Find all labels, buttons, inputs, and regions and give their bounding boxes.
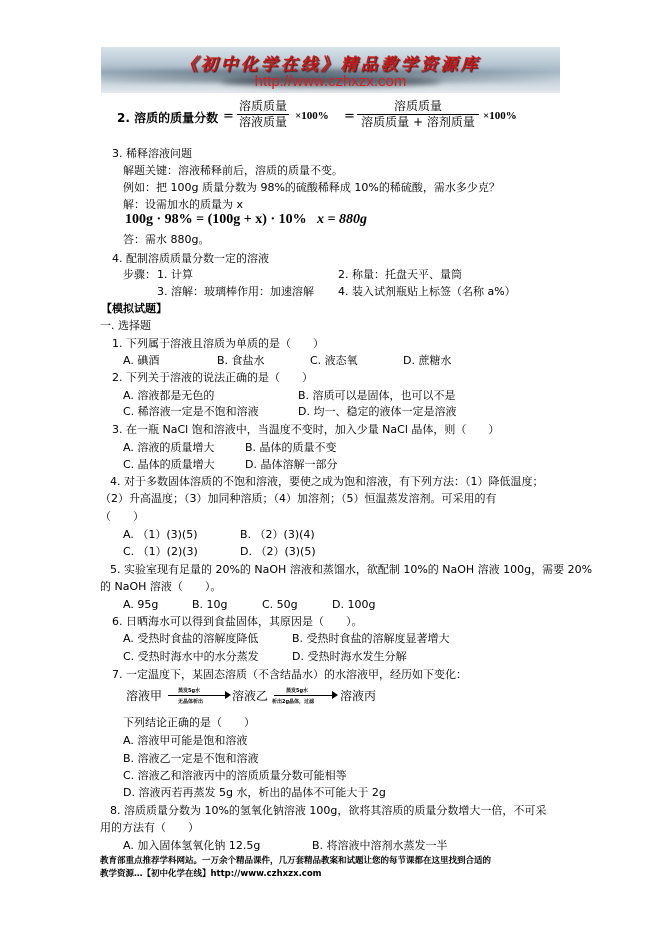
section-4-step-3: 3. 溶解：玻璃棒作用：加速溶解 bbox=[157, 285, 314, 299]
question-3-option-a[interactable]: A. 溶液的质量增大 bbox=[123, 441, 214, 455]
question-5-stem-line-1: 5. 实验室现有足量的 20%的 NaOH 溶液和蒸馏水，欲配制 10%的 Na… bbox=[110, 563, 592, 577]
section-3-equation: 100g · 98% = (100g + x) · 10% bbox=[125, 212, 307, 228]
question-6-option-a[interactable]: A. 受热时食盐的溶解度降低 bbox=[123, 632, 258, 646]
section-3-example: 例如：把 100g 质量分数为 98%的硫酸稀释成 10%的稀硫酸，需水多少克？ bbox=[123, 181, 500, 195]
question-5-option-d[interactable]: D. 100g bbox=[332, 598, 375, 612]
section-4-step-1: 1. 计算 bbox=[157, 268, 193, 282]
flow-solution-yi: 溶液乙 bbox=[232, 689, 268, 703]
flow-arrow-1-head-icon bbox=[225, 691, 231, 699]
question-4-stem-line-3: （ ） bbox=[100, 510, 144, 524]
question-4-stem-line-2: （2）升高温度；（3）加同种溶质；（4）加溶剂；（5）恒温蒸发溶剂。可采用的有 bbox=[100, 492, 497, 506]
question-3-option-c[interactable]: C. 晶体的质量增大 bbox=[123, 458, 215, 472]
question-7-sub-stem: 下列结论正确的是（ ） bbox=[123, 716, 255, 730]
section-4-step-4: 4. 装入试剂瓶贴上标签（名称 a%） bbox=[338, 285, 516, 299]
question-2-option-d[interactable]: D. 均一、稳定的液体一定是溶液 bbox=[298, 405, 456, 419]
question-1-option-b[interactable]: B. 食盐水 bbox=[217, 354, 265, 368]
mock-test-heading: 【模拟试题】 bbox=[101, 302, 167, 316]
question-8-stem-line-2: 用的方法有（ ） bbox=[100, 821, 199, 835]
question-4-option-d[interactable]: D. （2）(3)(5) bbox=[240, 545, 316, 559]
formula-fraction-2: 溶质质量 溶质质量 + 溶剂质量 bbox=[357, 99, 479, 130]
question-4-option-b[interactable]: B. （2）(3)(4) bbox=[240, 528, 315, 542]
banner-url[interactable]: http://www.czhxzx.com bbox=[101, 73, 560, 90]
section-3-heading: 3. 稀释溶液问题 bbox=[112, 147, 192, 161]
question-2-option-a[interactable]: A. 溶液都是无色的 bbox=[123, 389, 214, 403]
question-7-stem: 7. 一定温度下，某固态溶质（不含结晶水）的水溶液甲，经历如下变化： bbox=[112, 668, 467, 682]
formula-times-1: ×100% bbox=[295, 110, 329, 122]
fraction-2-denominator: 溶质质量 + 溶剂质量 bbox=[357, 114, 479, 130]
section-4-heading: 4. 配制溶质质量分数一定的溶液 bbox=[112, 252, 269, 266]
flow-arrow-2-head-icon bbox=[332, 691, 338, 699]
flow-solution-bing: 溶液丙 bbox=[340, 689, 376, 703]
question-5-stem-line-2: 的 NaOH 溶液（ ）。 bbox=[100, 580, 221, 594]
question-1-option-d[interactable]: D. 蔗糖水 bbox=[403, 354, 451, 368]
formula-times-2: ×100% bbox=[483, 110, 517, 122]
footer-line-2[interactable]: 教学资源…【初中化学在线】http://www.czhxzx.com bbox=[100, 869, 322, 880]
formula-equals-2: = bbox=[344, 110, 355, 124]
question-8-option-a[interactable]: A. 加入固体氢氧化钠 12.5g bbox=[123, 839, 260, 853]
question-7-option-d[interactable]: D. 溶液丙若再蒸发 5g 水，析出的晶体不可能大于 2g bbox=[123, 786, 386, 800]
section-3-solution: 解：设需加水的质量为 x bbox=[123, 198, 243, 212]
fraction-1-numerator: 溶质质量 bbox=[237, 99, 289, 114]
question-1-option-c[interactable]: C. 液态氧 bbox=[310, 354, 358, 368]
section-3-answer: 答：需水 880g。 bbox=[123, 233, 209, 247]
fraction-2-numerator: 溶质质量 bbox=[357, 99, 479, 114]
part-1-heading: 一. 选择题 bbox=[100, 319, 151, 333]
question-7-option-b[interactable]: B. 溶液乙一定是不饱和溶液 bbox=[123, 752, 259, 766]
question-3-option-b[interactable]: B. 晶体的质量不变 bbox=[245, 441, 337, 455]
question-4-option-c[interactable]: C. （1）(2)(3) bbox=[123, 545, 198, 559]
fraction-1-denominator: 溶液质量 bbox=[237, 114, 289, 130]
question-4-stem-line-1: 4. 对于多数固体溶质的不饱和溶液，要使之成为饱和溶液，有下列方法：（1）降低温… bbox=[110, 475, 544, 489]
question-2-option-b[interactable]: B. 溶质可以是固体，也可以不是 bbox=[298, 389, 456, 403]
question-8-option-b[interactable]: B. 将溶液中溶剂水蒸发一半 bbox=[312, 839, 448, 853]
question-6-option-c[interactable]: C. 受热时海水中的水分蒸发 bbox=[123, 650, 259, 664]
header-banner: 《初中化学在线》精品教学资源库 http://www.czhxzx.com bbox=[101, 47, 560, 93]
question-7-option-c[interactable]: C. 溶液乙和溶液丙中的溶质质量分数可能相等 bbox=[123, 769, 347, 783]
question-5-option-b[interactable]: B. 10g bbox=[192, 598, 228, 612]
question-1-stem: 1. 下列属于溶液且溶质为单质的是（ ） bbox=[112, 337, 324, 351]
section-4-step-2: 2. 称量：托盘天平、量筒 bbox=[338, 268, 462, 282]
flow-arrow-1-top: 蒸发5g水 bbox=[178, 688, 200, 694]
question-2-stem: 2. 下列关于溶液的说法正确的是（ ） bbox=[112, 371, 313, 385]
question-6-option-d[interactable]: D. 受热时海水发生分解 bbox=[292, 650, 406, 664]
flow-arrow-2-line bbox=[274, 695, 333, 696]
flow-arrow-2-top: 蒸发5g水 bbox=[286, 688, 308, 694]
flow-arrow-1-bottom: 无晶体析出 bbox=[178, 699, 203, 705]
question-3-option-d[interactable]: D. 晶体溶解一部分 bbox=[245, 458, 337, 472]
banner-title: 《初中化学在线》精品教学资源库 bbox=[101, 50, 560, 75]
section-3-key: 解题关键：溶液稀释前后，溶质的质量不变。 bbox=[123, 164, 343, 178]
formula-fraction-1: 溶质质量 溶液质量 bbox=[237, 99, 289, 130]
formula-equals-1: = bbox=[223, 110, 234, 124]
question-1-option-a[interactable]: A. 碘酒 bbox=[123, 354, 159, 368]
flow-solution-jia: 溶液甲 bbox=[126, 689, 162, 703]
question-8-stem-line-1: 8. 溶质质量分数为 10%的氢氧化钠溶液 100g，欲将其溶质的质量分数增大一… bbox=[110, 804, 546, 818]
formula-label: 2. 溶质的质量分数 bbox=[117, 111, 218, 125]
section-3-result: x = 880g bbox=[317, 212, 367, 228]
footer-line-1: 教育部重点推荐学科网站。一万余个精品课件，几万套精品教案和试题让您的每节课都在这… bbox=[100, 856, 491, 867]
question-7-option-a[interactable]: A. 溶液甲可能是饱和溶液 bbox=[123, 734, 247, 748]
flow-arrow-1-line bbox=[168, 695, 226, 696]
question-5-option-c[interactable]: C. 50g bbox=[262, 598, 298, 612]
question-2-option-c[interactable]: C. 稀溶液一定是不饱和溶液 bbox=[123, 405, 259, 419]
question-3-stem: 3. 在一瓶 NaCl 饱和溶液中，当温度不变时，加入少量 NaCl 晶体，则（… bbox=[112, 423, 499, 437]
question-6-option-b[interactable]: B. 受热时食盐的溶解度显著增大 bbox=[292, 632, 450, 646]
section-4-steps-label: 步骤： bbox=[123, 268, 156, 282]
question-5-option-a[interactable]: A. 95g bbox=[123, 598, 158, 612]
flow-arrow-2-bottom: 析出2g晶体，过滤 bbox=[272, 699, 314, 705]
question-4-option-a[interactable]: A. （1）(3)(5) bbox=[123, 528, 198, 542]
question-6-stem: 6. 日晒海水可以得到食盐固体，其原因是（ ）。 bbox=[112, 615, 363, 629]
